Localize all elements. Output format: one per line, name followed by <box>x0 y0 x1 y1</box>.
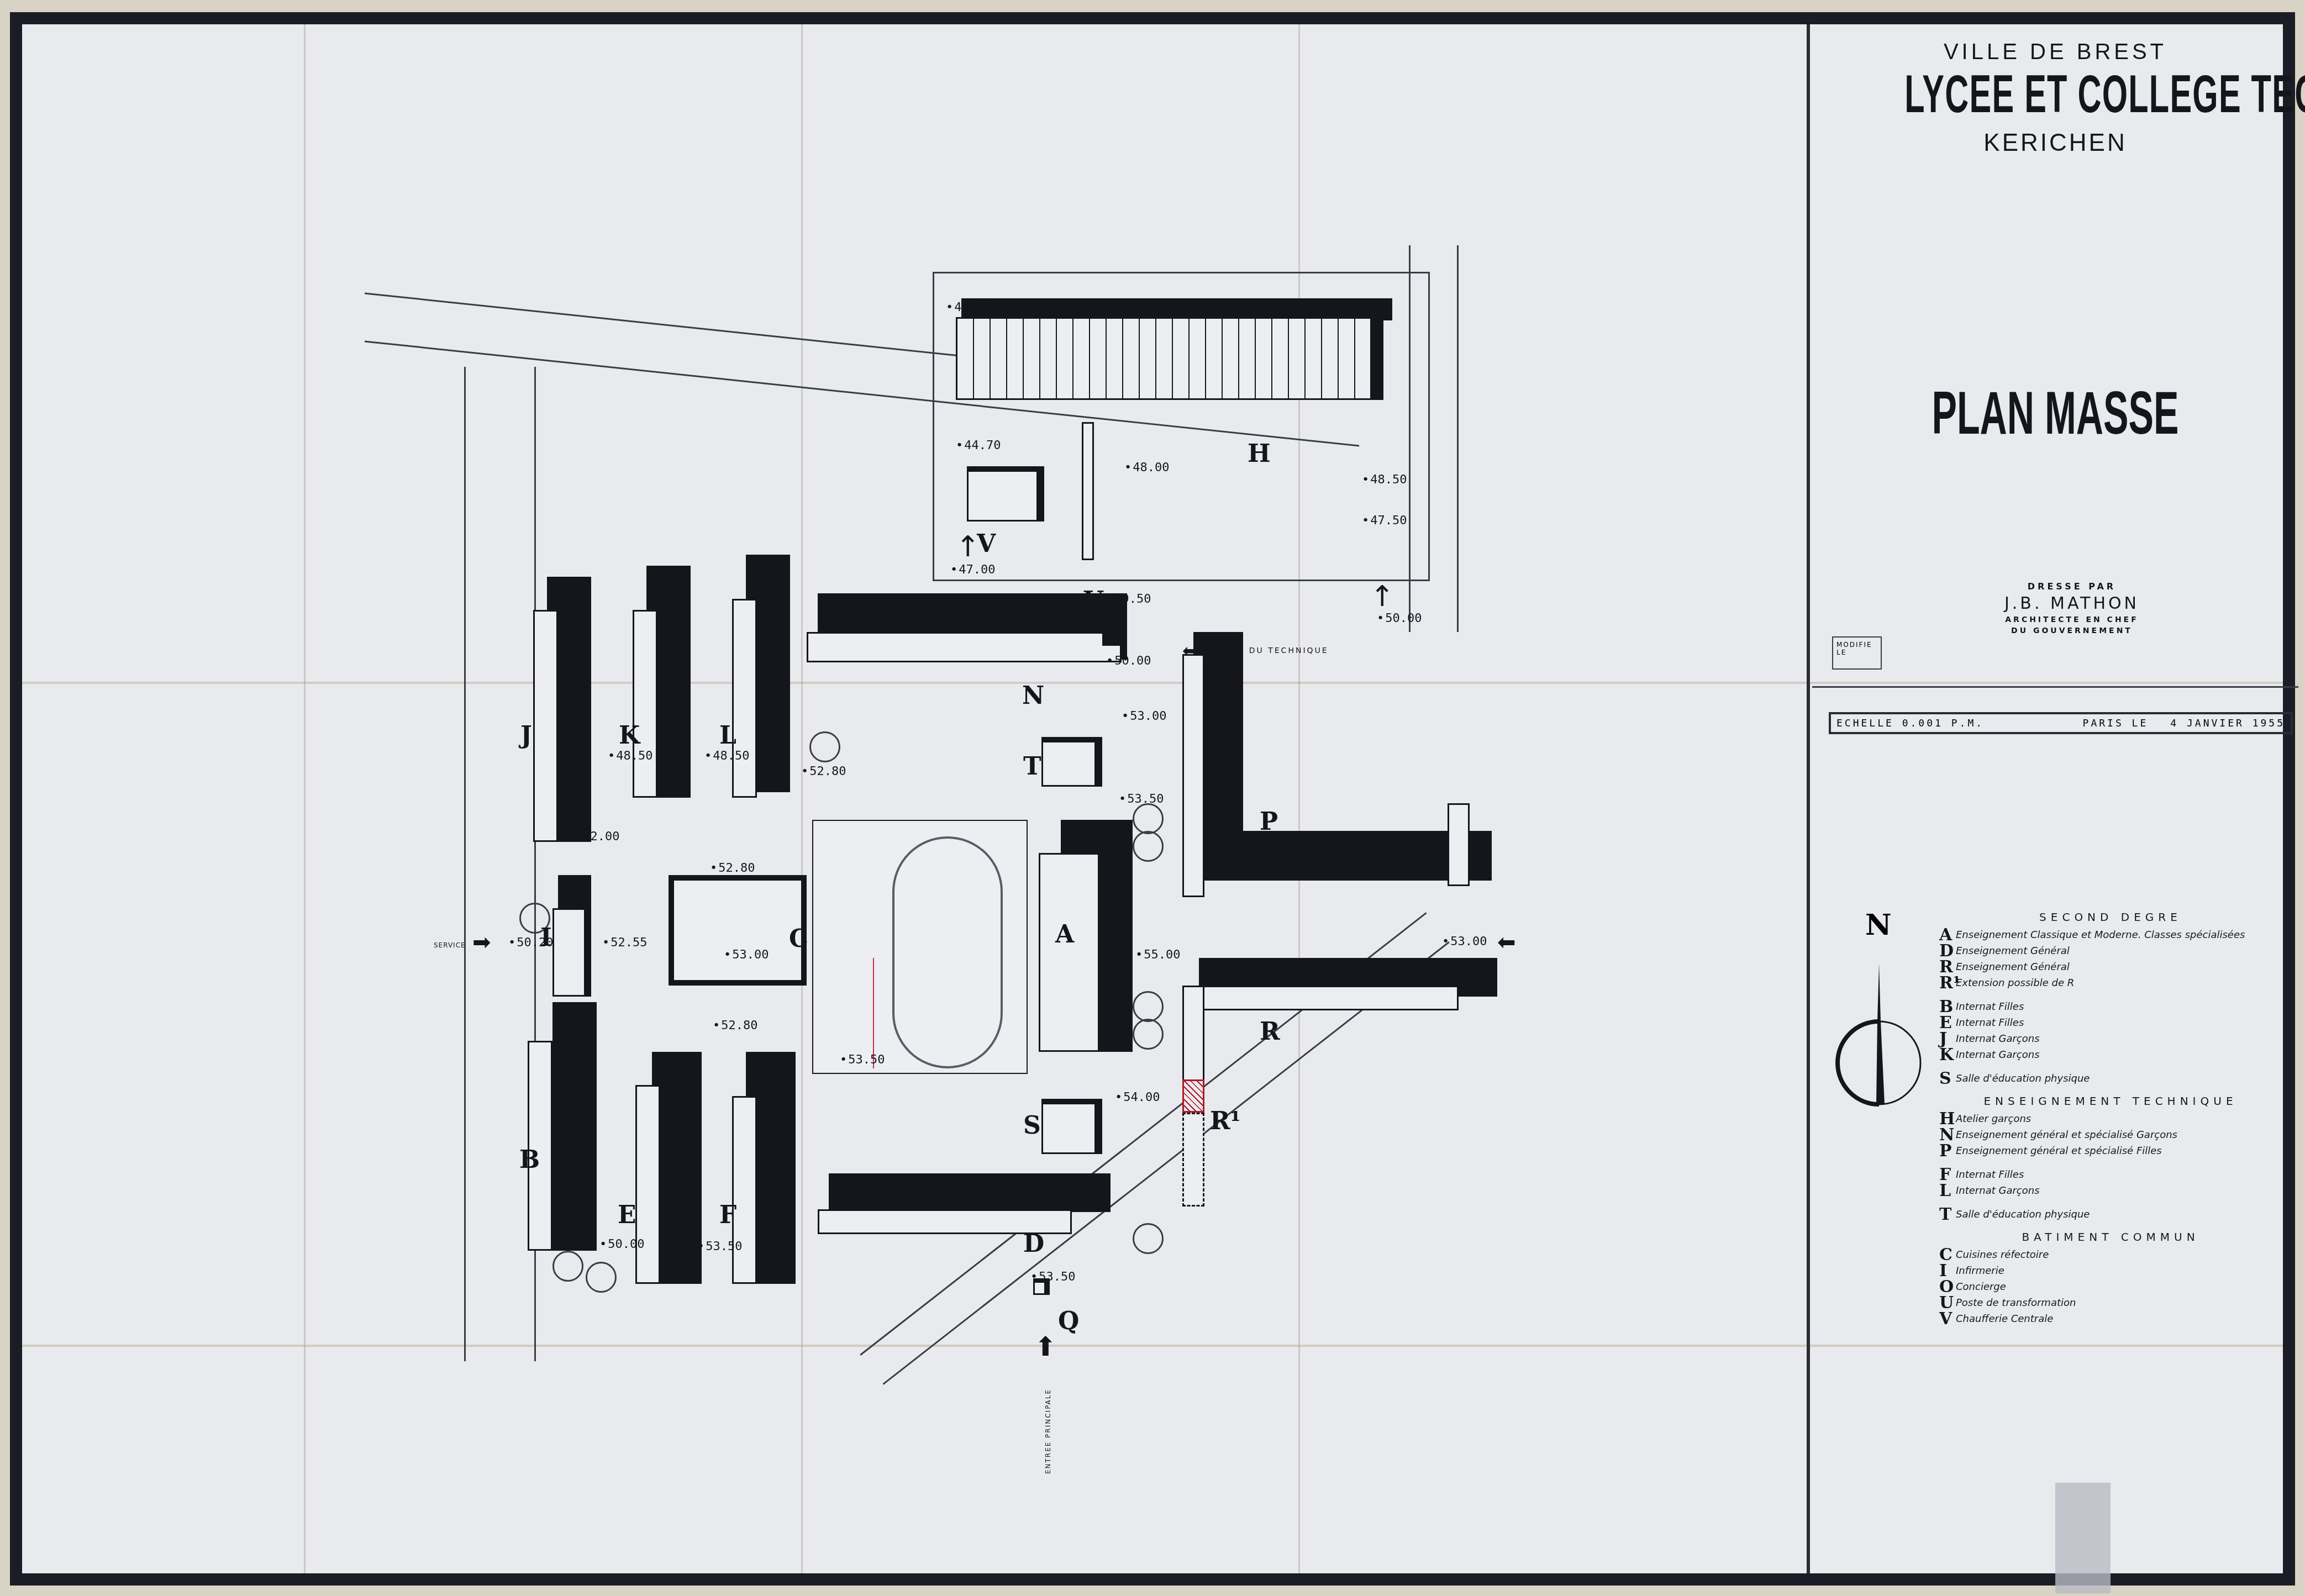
building-p <box>1182 654 1204 897</box>
elevation-mark: 52.55 <box>602 936 647 950</box>
building-l <box>732 599 757 798</box>
service-arrow-icon: ➡ <box>472 931 491 954</box>
service-note: SERVICE <box>434 941 466 949</box>
elevation-mark: 53.00 <box>1442 935 1487 949</box>
compass-icon <box>1832 941 1926 1118</box>
building-p-wing <box>1448 803 1470 886</box>
legend-key: R¹ <box>1939 973 1956 993</box>
project-title: LYCEE ET COLLEGE TECHNIQUE <box>1904 64 2206 125</box>
entree-technique-note: ENTREE DU TECHNIQUE <box>1204 646 1329 655</box>
elevation-mark: 52.80 <box>713 1019 757 1033</box>
tree-icon <box>586 1262 617 1293</box>
legend-text: Internat Garçons <box>1956 1049 2040 1061</box>
label-t: T <box>1023 752 1041 781</box>
legend-key: K <box>1939 1045 1956 1065</box>
legend-text: Atelier garçons <box>1956 1113 2031 1125</box>
legend-item: NEnseignement général et spécialisé Garç… <box>1939 1127 2282 1143</box>
building-c <box>669 875 807 986</box>
label-p: P <box>1260 808 1278 836</box>
legend-text: Chaufferie Centrale <box>1956 1313 2053 1325</box>
legend-item: EInternat Filles <box>1939 1015 2282 1031</box>
legend-item: VChaufferie Centrale <box>1939 1311 2282 1327</box>
tree-icon <box>1133 991 1164 1022</box>
building-r1 <box>1182 1113 1204 1207</box>
drawing-sheet: H V U N T P A R R¹ S D Q J K L I C B E F… <box>10 12 2295 1586</box>
drawing-title: PLAN MASSE <box>1904 378 2206 448</box>
label-f: F <box>719 1201 736 1229</box>
building-a <box>1039 853 1099 1052</box>
legend-item: HAtelier garçons <box>1939 1111 2282 1127</box>
building-e <box>635 1085 660 1284</box>
legend-text: Internat Garçons <box>1956 1033 2040 1045</box>
title-block-divider <box>1807 24 1810 1573</box>
elevation-mark: 55.00 <box>1135 948 1180 962</box>
building-u <box>1102 607 1124 646</box>
legend-heading: SECOND DEGRE <box>1939 910 2282 924</box>
legend-item: SSalle d'éducation physique <box>1939 1071 2282 1087</box>
legend-item: JInternat Garçons <box>1939 1031 2282 1047</box>
legend-text: Salle d'éducation physique <box>1956 1209 2090 1220</box>
label-k: K <box>619 721 640 750</box>
building-p-shadow <box>1193 831 1492 881</box>
building-t <box>1041 737 1102 787</box>
elevation-mark: 48.50 <box>704 749 749 763</box>
legend-key: S <box>1939 1069 1956 1088</box>
elevation-mark: 47.00 <box>950 563 995 577</box>
legend-item: TSalle d'éducation physique <box>1939 1207 2282 1223</box>
road-west <box>464 367 536 1361</box>
label-r1: R¹ <box>1210 1107 1241 1135</box>
scale-date-bar: ECHELLE 0.001 P.M. PARIS LE 4 JANVIER 19… <box>1829 712 2293 734</box>
divider <box>1812 686 2298 688</box>
building-h-shadow <box>1370 317 1383 400</box>
elevation-mark: 47.50 <box>1362 514 1407 528</box>
entree-principale-note: ENTREE PRINCIPALE <box>1044 1389 1052 1474</box>
label-a: A <box>1055 920 1074 949</box>
tape-residue <box>2055 1483 2111 1593</box>
legend-item: UPoste de transformation <box>1939 1295 2282 1311</box>
label-d: D <box>1023 1230 1044 1258</box>
tree-icon <box>1133 803 1164 834</box>
elevation-mark: 52.80 <box>801 765 846 778</box>
legend-item: AEnseignement Classique et Moderne. Clas… <box>1939 927 2282 943</box>
legend-text: Enseignement Général <box>1956 945 2070 957</box>
entry-arrow-icon: ⬅ <box>1182 642 1197 660</box>
elevation-mark: 53.00 <box>724 948 769 962</box>
building-n <box>807 632 1122 662</box>
legend-text: Infirmerie <box>1956 1265 2004 1277</box>
label-j: J <box>520 721 532 750</box>
legend: SECOND DEGRE AEnseignement Classique et … <box>1939 903 2282 1327</box>
legend-item: KInternat Garçons <box>1939 1047 2282 1063</box>
site-plan: H V U N T P A R R¹ S D Q J K L I C B E F… <box>22 24 1807 1571</box>
elevation-mark: 44.70 <box>956 439 1001 452</box>
elevation-mark: 53.50 <box>1119 792 1164 806</box>
elevation-mark: 50.00 <box>599 1237 644 1251</box>
label-e: E <box>618 1201 636 1229</box>
elevation-mark: 53.50 <box>840 1053 885 1067</box>
legend-text: Internat Filles <box>1956 1017 2024 1029</box>
label-r: R <box>1260 1018 1280 1046</box>
legend-text: Internat Filles <box>1956 1169 2024 1181</box>
modified-box: MODIFIE LE <box>1832 636 1882 670</box>
architect-role: DU GOUVERNEMENT <box>1989 626 2155 635</box>
main-entry-arrow-icon: ⬆ <box>1034 1334 1056 1360</box>
legend-text: Enseignement Général <box>1956 961 2070 973</box>
legend-text: Internat Filles <box>1956 1001 2024 1013</box>
legend-text: Cuisines réfectoire <box>1956 1249 2049 1261</box>
label-h: H <box>1248 440 1271 468</box>
building-d-shadow <box>829 1173 1111 1212</box>
legend-text: Enseignement général et spécialisé Garço… <box>1956 1129 2177 1141</box>
building-i <box>552 908 586 997</box>
elevation-mark: 53.00 <box>1122 709 1166 723</box>
building-k <box>633 610 657 798</box>
elevation-mark: 48.50 <box>1362 473 1407 487</box>
date-text: 4 JANVIER 1955 <box>2170 718 2285 729</box>
tree-icon <box>1133 831 1164 862</box>
legend-text: Extension possible de R <box>1956 977 2074 989</box>
elevation-mark: 50.00 <box>1377 612 1422 625</box>
legend-text: Enseignement Classique et Moderne. Class… <box>1956 929 2245 941</box>
project-subtitle: KERICHEN <box>1812 129 2298 157</box>
label-q: Q <box>1058 1307 1079 1335</box>
legend-key: V <box>1939 1309 1956 1329</box>
elevation-mark: 53.10 <box>552 1056 597 1070</box>
elevation-mark: 53.50 <box>697 1240 742 1253</box>
architect-role: ARCHITECTE EN CHEF <box>1989 615 2155 624</box>
label-l: L <box>719 721 736 750</box>
building-s <box>1041 1099 1102 1154</box>
building-b-shadow <box>552 1002 597 1251</box>
drawn-by-label: DRESSE PAR <box>1989 581 2155 592</box>
red-annotation-line <box>873 958 874 1068</box>
tree-icon <box>809 731 840 762</box>
legend-key: L <box>1939 1181 1956 1200</box>
building-r-wing <box>1182 986 1204 1085</box>
legend-text: Salle d'éducation physique <box>1956 1073 2090 1084</box>
building-r1-hatch <box>1182 1079 1204 1113</box>
elevation-mark: 52.80 <box>710 861 755 875</box>
label-s: S <box>1023 1112 1041 1140</box>
running-track <box>892 836 1003 1068</box>
legend-text: Enseignement général et spécialisé Fille… <box>1956 1145 2162 1157</box>
legend-item: CCuisines réfectoire <box>1939 1247 2282 1263</box>
elevation-mark: 53.50 <box>1030 1270 1075 1284</box>
author-block: DRESSE PAR J.B. MATHON ARCHITECTE EN CHE… <box>1989 581 2155 635</box>
label-n: N <box>1022 682 1044 710</box>
building-r <box>1182 986 1459 1010</box>
modified-label: MODIFIE LE <box>1836 641 1872 656</box>
label-u: U <box>1083 587 1104 615</box>
architect-name: J.B. MATHON <box>1989 594 2155 613</box>
legend-item: BInternat Filles <box>1939 999 2282 1015</box>
legend-text: Poste de transformation <box>1956 1297 2076 1309</box>
entry-arrow-icon: ⬅ <box>1497 931 1516 954</box>
label-b: B <box>519 1146 540 1174</box>
legend-item: IInfirmerie <box>1939 1263 2282 1279</box>
elevation-mark: 48.00 <box>946 301 991 314</box>
legend-heading: ENSEIGNEMENT TECHNIQUE <box>1939 1094 2282 1108</box>
legend-item: DEnseignement Général <box>1939 943 2282 959</box>
legend-text: Concierge <box>1956 1281 2006 1293</box>
elevation-mark: 48.50 <box>608 749 652 763</box>
elevation-mark: 50.20 <box>508 936 553 950</box>
entry-arrow-icon: ↑ <box>956 533 980 561</box>
tree-icon <box>1133 1019 1164 1050</box>
north-arrow: N <box>1832 908 1926 1118</box>
elevation-mark: 52.00 <box>575 830 619 844</box>
tree-icon <box>1133 1223 1164 1254</box>
building-h <box>956 317 1376 400</box>
entry-arrow-icon: ↑ <box>1370 582 1394 611</box>
elevation-mark: 54.00 <box>1115 1091 1160 1104</box>
atelier-corridor <box>1082 422 1094 560</box>
scale-text: ECHELLE 0.001 P.M. <box>1836 718 1984 729</box>
city-name: VILLE DE BREST <box>1812 40 2298 65</box>
place-text: PARIS LE <box>2083 718 2149 729</box>
building-j <box>533 610 558 842</box>
legend-heading: BATIMENT COMMUN <box>1939 1230 2282 1244</box>
legend-key: T <box>1939 1205 1956 1224</box>
legend-item: LInternat Garçons <box>1939 1183 2282 1199</box>
legend-item: FInternat Filles <box>1939 1167 2282 1183</box>
legend-key: P <box>1939 1141 1956 1161</box>
legend-item: R¹Extension possible de R <box>1939 975 2282 991</box>
tree-icon <box>552 1251 583 1282</box>
legend-item: PEnseignement général et spécialisé Fill… <box>1939 1143 2282 1159</box>
elevation-mark: 50.00 <box>1106 654 1151 668</box>
legend-text: Internat Garçons <box>1956 1185 2040 1197</box>
building-f <box>732 1096 757 1284</box>
north-label: N <box>1865 908 1892 942</box>
label-c: C <box>789 925 808 953</box>
building-v <box>967 466 1044 522</box>
legend-item: OConcierge <box>1939 1279 2282 1295</box>
legend-item: REnseignement Général <box>1939 959 2282 975</box>
elevation-mark: 48.00 <box>1124 461 1169 475</box>
elevation-mark: 49.50 <box>1106 592 1151 606</box>
